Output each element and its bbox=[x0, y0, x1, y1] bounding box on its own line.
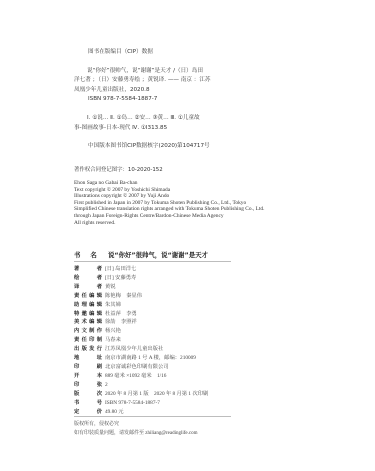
detail-label: 绘者 bbox=[74, 274, 105, 283]
detail-label: 内文制作 bbox=[74, 327, 105, 336]
detail-value: [日] 安藤勇寿 bbox=[105, 274, 136, 283]
detail-value: 徐劼 李照祥 bbox=[105, 318, 137, 327]
detail-row: 书号ISBN 978-7-5584-1887-7 bbox=[74, 399, 208, 408]
detail-value: 2020 年 8 月第 1 版 2020 年 8 月第 1 次印刷 bbox=[105, 390, 208, 399]
english-line: Simplified Chinese translation rights ar… bbox=[74, 206, 264, 213]
detail-label: 地址 bbox=[74, 354, 105, 363]
cip-subject-line: 事-图画故事-日本-现代 Ⅳ. ①I313.85 bbox=[74, 124, 274, 134]
detail-label: 著者 bbox=[74, 265, 105, 274]
cip-subject-line: Ⅰ. ①说… Ⅱ. ①岛… ②安… ③黄… Ⅲ. ①儿童故 bbox=[74, 114, 274, 124]
english-line: through Japan Foreign-Rights Centre/Bard… bbox=[74, 213, 264, 220]
detail-value: 马春来 bbox=[105, 336, 121, 345]
divider bbox=[74, 261, 231, 262]
detail-row: 助理编辑朱其娣 bbox=[74, 301, 208, 310]
detail-row: 版次2020 年 8 月第 1 版 2020 年 8 月第 1 次印刷 bbox=[74, 390, 208, 399]
english-copyright-block: Ehon Saga no Gabai Ba-chan Text copyrigh… bbox=[74, 180, 264, 226]
publication-details: 著者[日] 岛田洋七 绘者[日] 安藤勇寿 译者黄锐 责任编辑陈艳梅 秦显伟 助… bbox=[74, 265, 208, 416]
detail-row: 印刷北京富诚彩色印刷有限公司 bbox=[74, 363, 208, 372]
divider bbox=[74, 416, 231, 417]
detail-row: 责任印制马春来 bbox=[74, 336, 208, 345]
cip-catalog-number: 中国版本图书馆CIP数据核字(2020)第104717号 bbox=[74, 142, 274, 152]
detail-label: 责任编辑 bbox=[74, 292, 105, 301]
book-title-value: 说“你好”很帅气，说“谢谢”是天才 bbox=[108, 250, 208, 259]
detail-value: 朱其娣 bbox=[105, 301, 121, 310]
detail-label: 书号 bbox=[74, 399, 105, 408]
detail-row: 印张2 bbox=[74, 381, 208, 390]
quality-contact: 如有印装质量问题，请发邮件至 zhiliang@readinglife.com bbox=[74, 430, 197, 439]
detail-label: 责任印制 bbox=[74, 336, 105, 345]
detail-row: 著者[日] 岛田洋七 bbox=[74, 265, 208, 274]
detail-value: ISBN 978-7-5584-1887-7 bbox=[105, 399, 160, 408]
cip-entry-line: 洋七著 ；（日）安藤勇寿绘 ；黄锐译. —— 南京 ：江苏 bbox=[74, 76, 274, 86]
detail-label: 印刷 bbox=[74, 363, 105, 372]
detail-label: 美术编辑 bbox=[74, 318, 105, 327]
detail-label: 开本 bbox=[74, 372, 105, 381]
detail-value: 889 毫米 ×1092 毫米 1/16 bbox=[105, 372, 166, 381]
detail-value: 2 bbox=[105, 381, 108, 390]
detail-row: 译者黄锐 bbox=[74, 283, 208, 292]
cip-entry-line: 说“你好”很帅气，说“谢谢”是天才 /（日）岛田 bbox=[74, 67, 274, 77]
detail-row: 特邀编辑杜益萍 李勇 bbox=[74, 310, 208, 319]
detail-label: 印张 bbox=[74, 381, 105, 390]
book-title-label: 书名 bbox=[74, 250, 108, 259]
copyright-registration: 著作权合同登记图字：10-2020-152 bbox=[74, 165, 163, 173]
detail-label: 助理编辑 bbox=[74, 301, 105, 310]
detail-value: 江苏凤凰少年儿童出版社 bbox=[105, 345, 163, 354]
detail-row: 绘者[日] 安藤勇寿 bbox=[74, 274, 208, 283]
detail-value: 杨兴艳 bbox=[105, 327, 121, 336]
detail-label: 译者 bbox=[74, 283, 105, 292]
cip-entry-line: 凤凰少年儿童出版社，2020.8 bbox=[74, 86, 274, 96]
detail-value: 南京市湖南路 1 号 A 楼，邮编：210009 bbox=[105, 354, 196, 363]
english-line: Ehon Saga no Gabai Ba-chan bbox=[74, 180, 264, 187]
footer-notice: 版权所有，侵权必究 如有印装质量问题，请发邮件至 zhiliang@readin… bbox=[74, 421, 197, 438]
detail-value: 北京富诚彩色印刷有限公司 bbox=[105, 363, 169, 372]
detail-row: 出版发行江苏凤凰少年儿童出版社 bbox=[74, 345, 208, 354]
book-title-row: 书名 说“你好”很帅气，说“谢谢”是天才 bbox=[74, 250, 208, 259]
detail-row: 开本889 毫米 ×1092 毫米 1/16 bbox=[74, 372, 208, 381]
detail-value: 陈艳梅 秦显伟 bbox=[105, 292, 142, 301]
detail-label: 出版发行 bbox=[74, 345, 105, 354]
detail-value: 杜益萍 李勇 bbox=[105, 310, 137, 319]
cip-block: 图书在版编目（CIP）数据 说“你好”很帅气，说“谢谢”是天才 /（日）岛田 洋… bbox=[74, 48, 274, 152]
detail-value: [日] 岛田洋七 bbox=[105, 265, 136, 274]
detail-value: 黄锐 bbox=[105, 283, 116, 292]
detail-label: 版次 bbox=[74, 390, 105, 399]
detail-row: 美术编辑徐劼 李照祥 bbox=[74, 318, 208, 327]
rights-notice: 版权所有，侵权必究 bbox=[74, 421, 197, 430]
detail-label: 特邀编辑 bbox=[74, 310, 105, 319]
english-line: Illustrations copyright © 2007 by Yuji A… bbox=[74, 193, 264, 200]
cip-heading: 图书在版编目（CIP）数据 bbox=[88, 48, 274, 58]
english-line: All rights reserved. bbox=[74, 220, 264, 227]
detail-row: 内文制作杨兴艳 bbox=[74, 327, 208, 336]
cip-isbn: ISBN 978-7-5584-1887-7 bbox=[74, 95, 274, 105]
detail-row: 责任编辑陈艳梅 秦显伟 bbox=[74, 292, 208, 301]
detail-row: 地址南京市湖南路 1 号 A 楼，邮编：210009 bbox=[74, 354, 208, 363]
